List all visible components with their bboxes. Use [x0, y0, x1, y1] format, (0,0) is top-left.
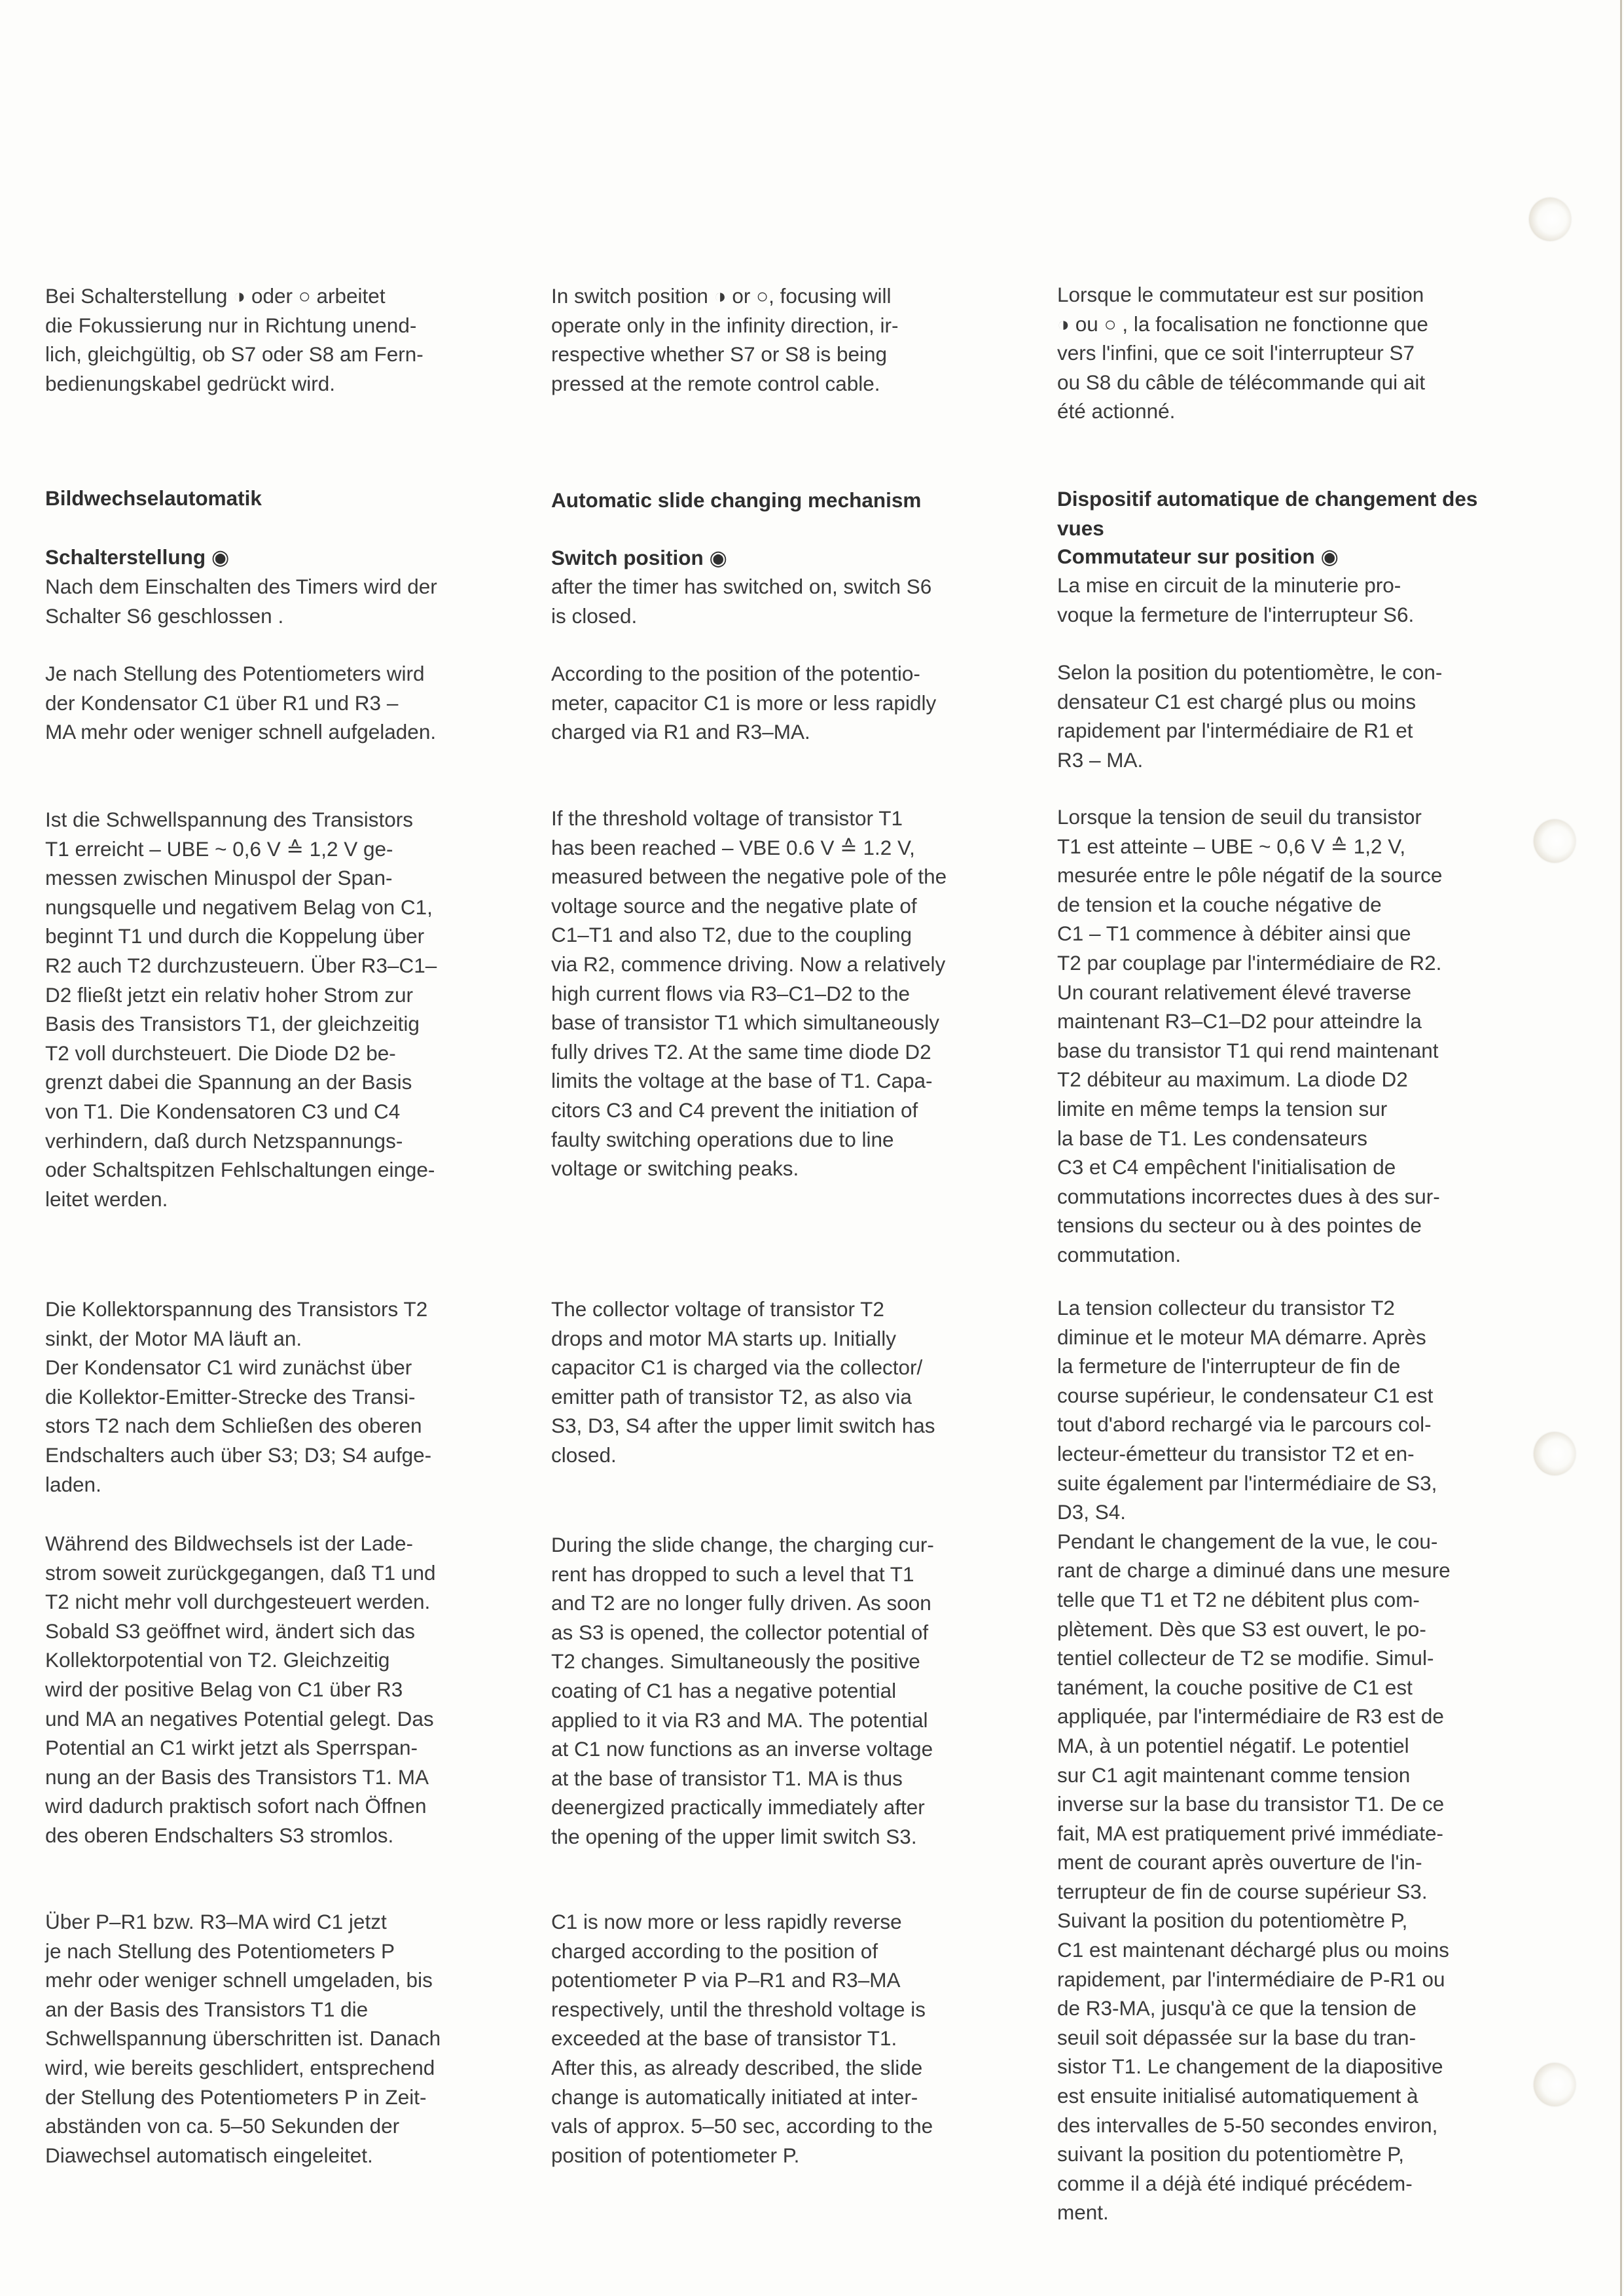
paragraph: The collector voltage of transistor T2 d… [551, 1295, 1036, 1470]
paragraph: Während des Bildwechsels ist der Lade- s… [45, 1529, 543, 1850]
paragraph: During the slide change, the charging cu… [551, 1530, 1049, 1852]
paragraph: C1 is now more or less rapidly reverse c… [551, 1907, 1036, 2170]
section-heading: Bildwechselautomatik [45, 484, 530, 513]
paragraph: If the threshold voltage of transistor T… [551, 804, 1049, 1183]
paragraph: According to the position of the potenti… [551, 659, 1036, 747]
section-heading: Dispositif automatique de changement des… [1057, 484, 1542, 543]
paragraph: Bei Schalterstellung ◑ oder ○ arbeitet d… [45, 281, 530, 398]
paragraph: Lorsque la tension de seuil du transisto… [1057, 802, 1555, 1270]
subheading: Commutateur sur position ◉ [1057, 542, 1542, 571]
paragraph: Die Kollektorspannung des Transistors T2… [45, 1295, 543, 1499]
paragraph: Je nach Stellung des Potentiometers wird… [45, 659, 543, 747]
subheading: Switch position ◉ [551, 543, 1036, 573]
paragraph: Selon la position du potentiomètre, le c… [1057, 658, 1555, 774]
paragraph: La mise en circuit de la minuterie pro- … [1057, 571, 1542, 629]
paragraph: Über P–R1 bzw. R3–MA wird C1 jetzt je na… [45, 1907, 543, 2170]
section-heading: Automatic slide changing mechanism [551, 486, 1036, 515]
paragraph: Ist die Schwellspannung des Transistors … [45, 805, 543, 1213]
paragraph: La tension collecteur du transistor T2 d… [1057, 1293, 1555, 2227]
punch-hole [1529, 198, 1571, 241]
paragraph: Nach dem Einschalten des Timers wird der… [45, 572, 530, 630]
paragraph: Lorsque le commutateur est sur position … [1057, 280, 1542, 426]
page-edge [1620, 0, 1622, 2296]
paragraph: after the timer has switched on, switch … [551, 572, 1036, 630]
paragraph: In switch position ◑ or ○, focusing will… [551, 281, 1036, 398]
subheading: Schalterstellung ◉ [45, 543, 530, 572]
